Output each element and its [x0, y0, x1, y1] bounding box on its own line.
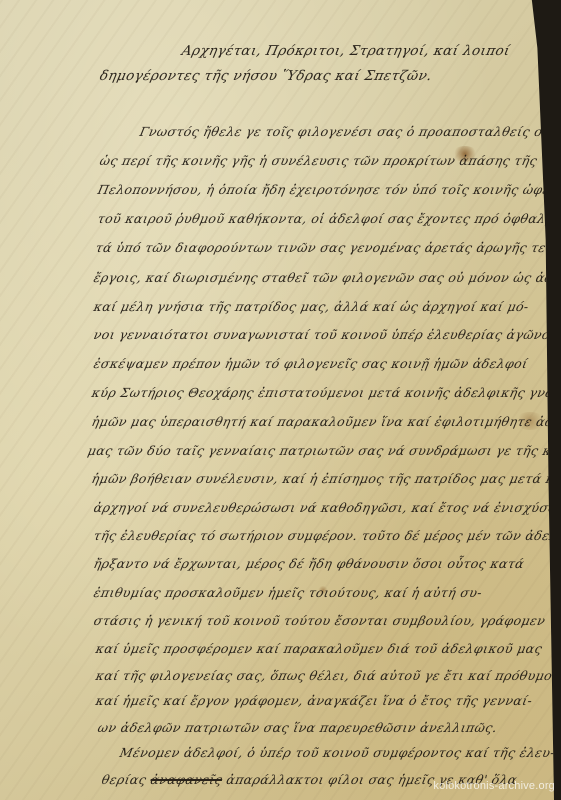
- heading-line-1: Αρχηγέται, Πρόκριτοι, Στρατηγοί, καί λοι…: [180, 43, 511, 59]
- body-line: ἤρξαντο νά ἔρχωνται, μέρος δέ ἤδη φθάνου…: [92, 556, 525, 571]
- body-line: ἔργοις, καί διωρισμένης σταθεῖ τῶν φιλογ…: [92, 270, 561, 285]
- archive-watermark: kolokotronis-archive.org: [433, 780, 555, 792]
- closing-text-start: θερίας: [100, 772, 152, 787]
- body-line: ἡμῶν βοήθειαν συνέλευσιν, καί ἡ ἐπίσημος…: [90, 471, 561, 486]
- body-line: Πελοποννήσου, ἡ ὁποία ἤδη ἐχειροτόνησε τ…: [96, 182, 561, 197]
- body-line: ἐπιθυμίας προσκαλοῦμεν ἡμεῖς τοιούτους, …: [92, 585, 483, 600]
- body-line: Μένομεν ἀδελφοί, ὁ ὑπέρ τοῦ κοινοῦ συμφέ…: [118, 745, 556, 760]
- body-line: μας τῶν δύο ταῖς γενναίαις πατριωτῶν σας…: [86, 443, 561, 458]
- body-line: καί ἡμεῖς καί ἔργον γράφομεν, ἀναγκάζει …: [94, 693, 534, 708]
- body-line: ἀρχηγοί νά συνελευθερώσωσι νά καθοδηγῶσι…: [92, 500, 561, 515]
- body-line: στάσις ἡ γενική τοῦ κοινοῦ τούτου ἔσοντα…: [92, 613, 547, 628]
- body-line: ἡμῶν μας ὑπεραισθητή καί παρακαλοῦμεν ἵν…: [90, 414, 561, 429]
- heading-line-2: δημογέροντες τῆς νήσου Ὕδρας καί Σπετζῶν…: [98, 68, 433, 84]
- body-line: τά ὑπό τῶν διαφορούντων τινῶν σας γενομέ…: [94, 240, 547, 255]
- body-line: καί ὑμεῖς προσφέρομεν καί παρακαλοῦμεν δ…: [94, 641, 543, 656]
- body-line: κύρ Σωτήριος Θεοχάρης ἐπιστατούμενοι μετ…: [90, 385, 561, 400]
- body-line: καί τῆς φιλογενείας σας, ὅπως θέλει, διά…: [94, 668, 559, 683]
- body-line: Γνωστός ἤθελε γε τοῖς φιλογενέσι σας ὁ π…: [138, 124, 561, 139]
- body-line: τοῦ καιροῦ ῥυθμοῦ καθήκοντα, οἱ ἀδελφοί …: [96, 211, 561, 226]
- body-line: ἐσκέψαμεν πρέπον ἡμῶν τό φιλογενεῖς σας …: [92, 356, 529, 371]
- body-line: ων ἀδελφῶν πατριωτῶν σας ἵνα παρευρεθῶσι…: [96, 720, 498, 735]
- body-line: τῆς ἐλευθερίας τό σωτήριον συμφέρον. τοῦ…: [92, 528, 561, 543]
- body-line: νοι γενναιότατοι συναγωνισταί τοῦ κοινοῦ…: [92, 327, 561, 342]
- body-line: ὡς περί τῆς κοινῆς γῆς ἡ συνέλευσις τῶν …: [98, 153, 538, 168]
- struck-out-word: ἀναφανεῖς: [149, 772, 224, 787]
- document-viewer: Αρχηγέται, Πρόκριτοι, Στρατηγοί, καί λοι…: [0, 0, 561, 800]
- manuscript-page: Αρχηγέται, Πρόκριτοι, Στρατηγοί, καί λοι…: [0, 0, 554, 800]
- body-line: καί μέλη γνήσια τῆς πατρίδος μας, ἀλλά κ…: [92, 299, 530, 314]
